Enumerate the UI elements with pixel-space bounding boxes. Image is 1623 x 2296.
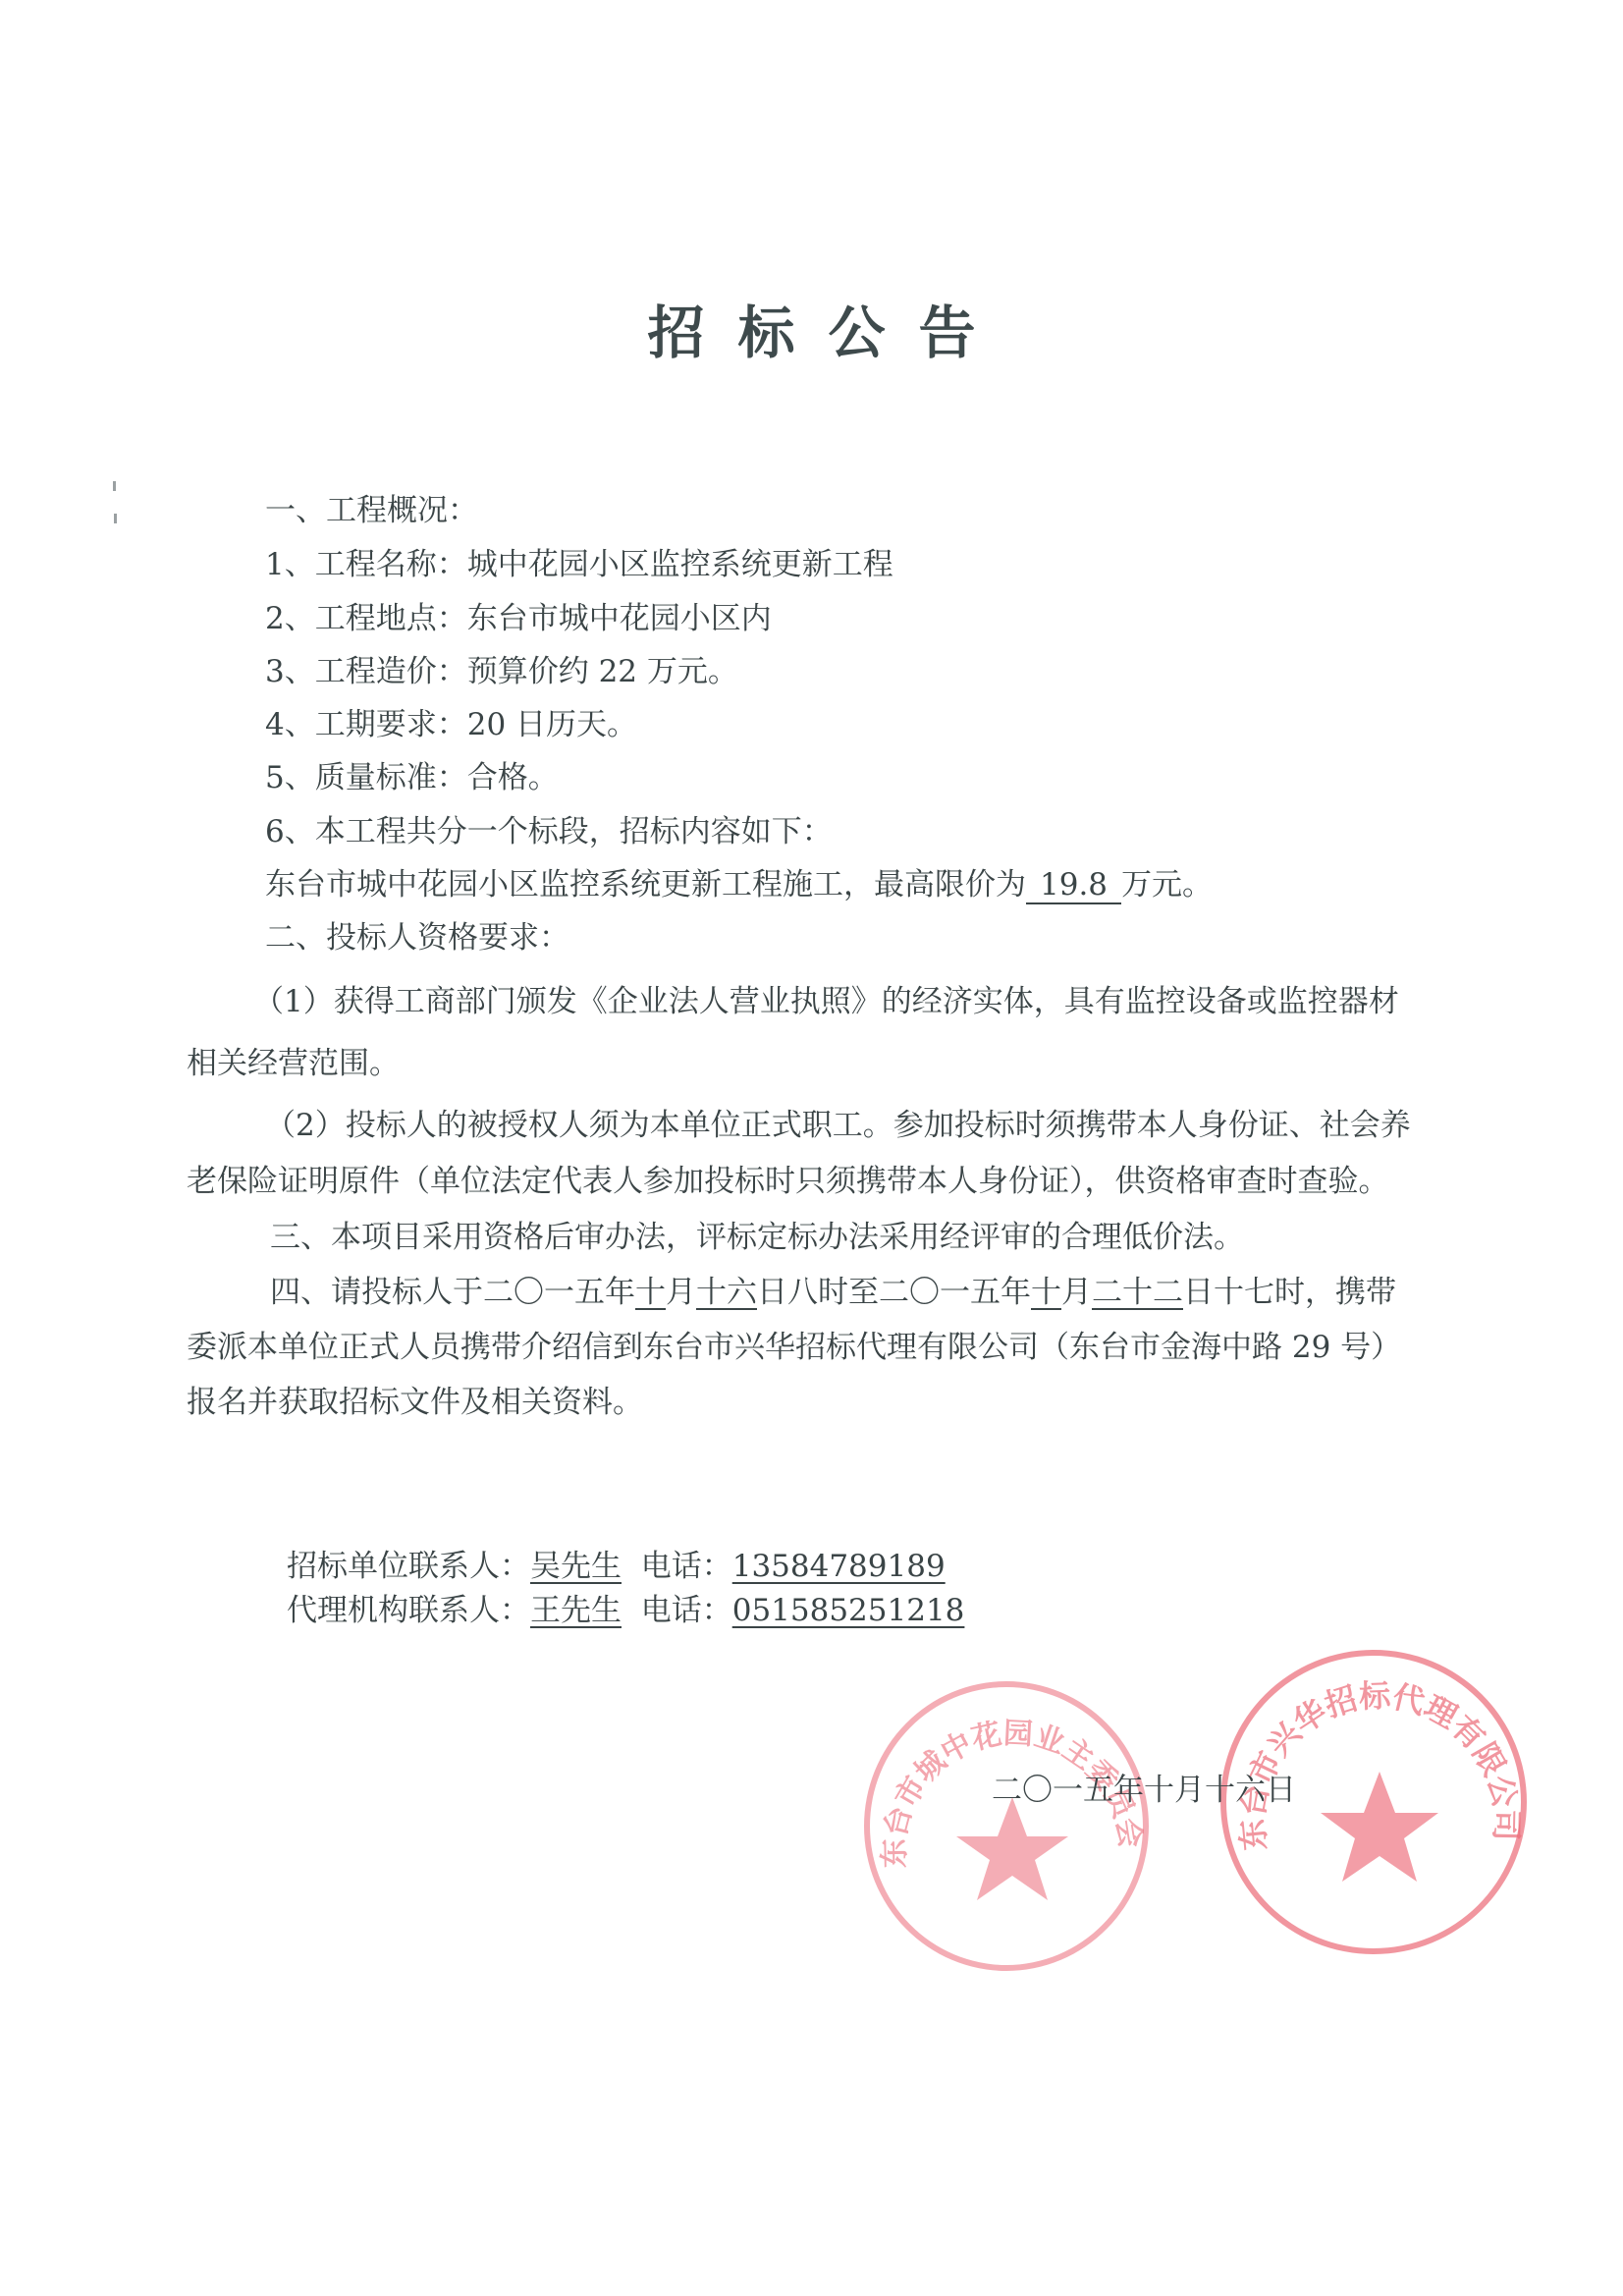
phone-label: 电话： [641, 1593, 732, 1628]
item-label: 4、工期要求： [265, 707, 467, 742]
section4-text: 月 [1061, 1275, 1092, 1310]
item-project-location: 2、工程地点：东台市城中花园小区内 [265, 599, 772, 638]
section4-text: 日八时至二〇一五年 [757, 1275, 1031, 1310]
requirement-2-line2: 老保险证明原件（单位法定代表人参加投标时只须携带本人身份证），供资格审查时查验。 [187, 1162, 1389, 1201]
item-lots: 6、本工程共分一个标段，招标内容如下： [265, 812, 833, 851]
requirement-1-line2: 相关经营范围。 [187, 1044, 400, 1083]
section2-heading: 二、投标人资格要求： [265, 918, 569, 957]
contact-name: 王先生 [530, 1593, 622, 1628]
section4-line2: 委派本单位正式人员携带介绍信到东台市兴华招标代理有限公司（东台市金海中路 29 … [187, 1328, 1401, 1367]
contact-phone: 051585251218 [732, 1593, 965, 1628]
contact-phone: 13584789189 [732, 1549, 946, 1584]
item-label: 3、工程造价： [265, 654, 467, 689]
scan-mark [113, 481, 116, 491]
section3-text: 三、本项目采用资格后审办法，评标定标办法采用经评审的合理低价法。 [270, 1218, 1244, 1257]
item-project-name: 1、工程名称：城中花园小区监控系统更新工程 [265, 545, 893, 584]
contact-label: 招标单位联系人： [287, 1549, 530, 1584]
item-label: 1、工程名称： [265, 547, 467, 582]
bid-content-prefix: 东台市城中花园小区监控系统更新工程施工，最高限价为 [265, 867, 1026, 902]
start-day: 十六 [696, 1275, 757, 1310]
star-icon: 东台市城中花园业主委员会 [870, 1687, 1155, 1977]
end-month: 十 [1031, 1275, 1061, 1310]
document-title: 招标公告 [0, 287, 1623, 369]
item-label: 5、质量标准： [265, 760, 467, 795]
section4-text: 四、请投标人于二〇一五年 [270, 1275, 635, 1310]
contact-label: 代理机构联系人： [287, 1593, 530, 1628]
contact-tenderer: 招标单位联系人：吴先生 电话：13584789189 [287, 1547, 946, 1586]
item-value: 东台市城中花园小区内 [467, 601, 772, 636]
phone-label: 电话： [641, 1549, 732, 1584]
item-value: 20 日历天。 [467, 707, 637, 742]
section4-text: 月 [666, 1275, 696, 1310]
bid-content-suffix: 万元。 [1121, 867, 1213, 902]
scan-mark [114, 514, 117, 523]
section4-text: 日十七时，携带 [1183, 1275, 1396, 1310]
document-page: 招标公告 一、工程概况： 1、工程名称：城中花园小区监控系统更新工程 2、工程地… [0, 0, 1623, 2296]
requirement-2-line1: （2）投标人的被授权人须为本单位正式职工。参加投标时须携带本人身份证、社会养 [265, 1106, 1411, 1145]
requirement-1-line1: （1）获得工商部门颁发《企业法人营业执照》的经济实体，具有监控设备或监控器材 [253, 982, 1399, 1021]
item-project-cost: 3、工程造价：预算价约 22 万元。 [265, 652, 738, 691]
item-value: 预算价约 22 万元。 [467, 654, 738, 689]
item-value: 本工程共分一个标段，招标内容如下： [315, 814, 833, 849]
item-value: 合格。 [467, 760, 559, 795]
stamp-owners-committee: 东台市城中花园业主委员会 [864, 1681, 1149, 1971]
item-duration: 4、工期要求：20 日历天。 [265, 705, 637, 744]
section4-line1: 四、请投标人于二〇一五年十月十六日八时至二〇一五年十月二十二日十七时，携带 [270, 1273, 1396, 1312]
issue-date: 二〇一五年十月十六日 [992, 1765, 1296, 1809]
item-label: 2、工程地点： [265, 601, 467, 636]
section4-line3: 报名并获取招标文件及相关资料。 [187, 1383, 643, 1422]
section1-heading: 一、工程概况： [265, 491, 478, 530]
bid-content: 东台市城中花园小区监控系统更新工程施工，最高限价为19.8万元。 [265, 865, 1213, 904]
max-price: 19.8 [1026, 867, 1121, 904]
item-quality: 5、质量标准：合格。 [265, 758, 559, 797]
contact-name: 吴先生 [530, 1549, 622, 1584]
end-day: 二十二 [1092, 1275, 1183, 1310]
item-value: 城中花园小区监控系统更新工程 [467, 547, 893, 582]
item-label: 6、 [265, 814, 315, 849]
start-month: 十 [635, 1275, 666, 1310]
contact-agency: 代理机构联系人：王先生 电话：051585251218 [287, 1591, 964, 1630]
